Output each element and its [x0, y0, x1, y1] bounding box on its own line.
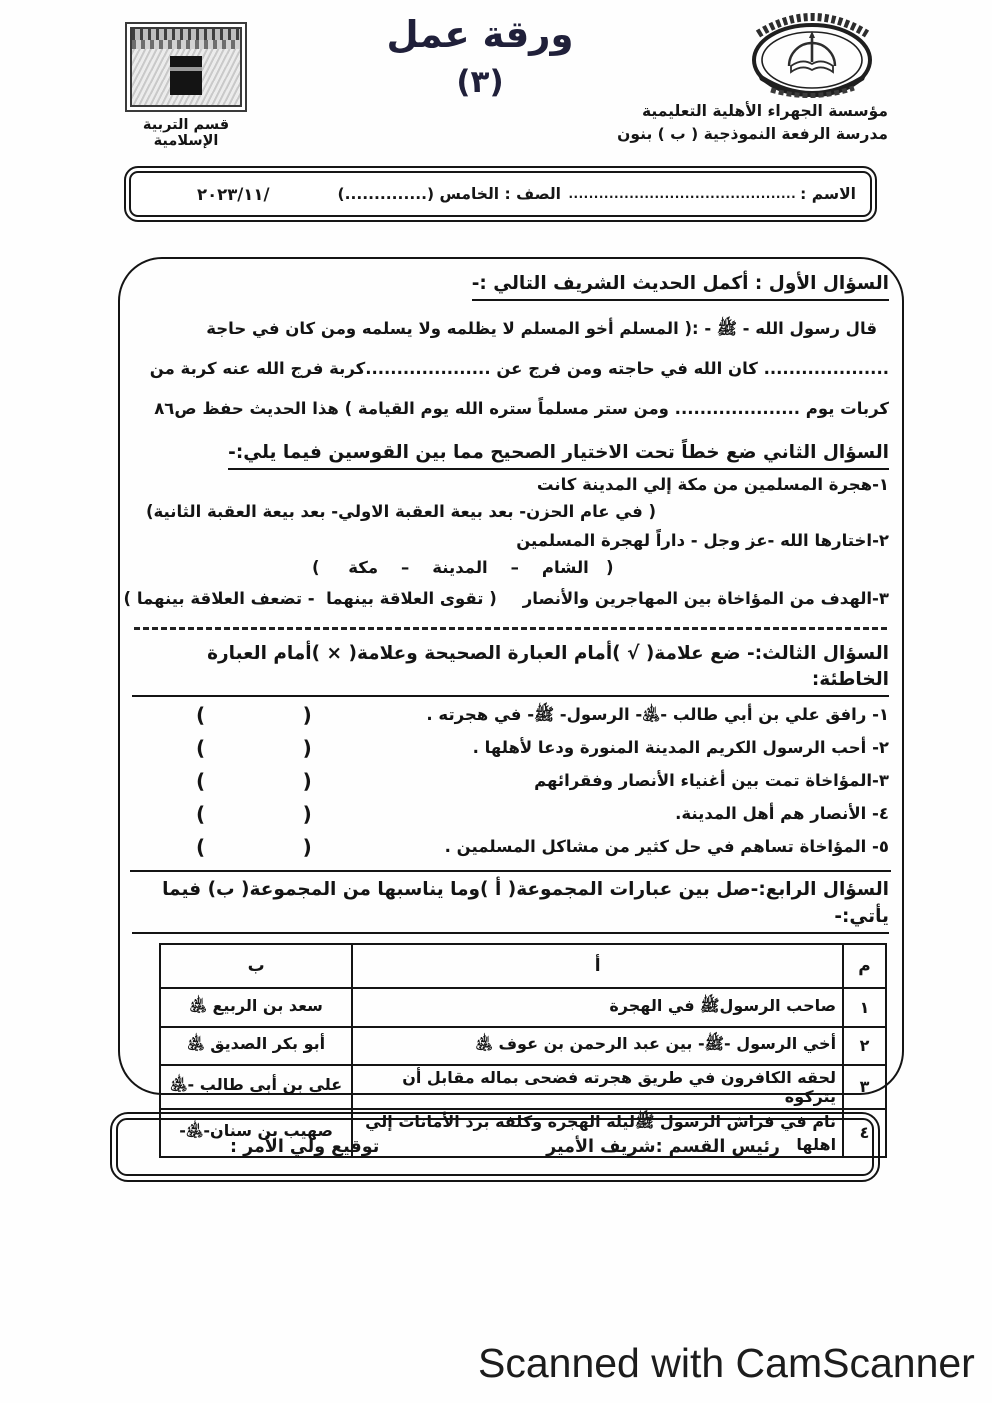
q2-item-3-row: ٣-الهدف من المؤاخاة بين المهاجرين والأنص… [132, 585, 889, 612]
kaaba-arcade-icon [132, 29, 240, 40]
q4-heading: السؤال الرابع:-صل بين عبارات المجموعة( أ… [132, 877, 889, 934]
date-value: ٢٠٢٣/١١/ [197, 185, 269, 204]
q3-statement-row: ١- رافق علي بن أبي طالب -﵁- الرسول- ﷺ- ف… [132, 700, 889, 730]
table-row: ٢ أخي الرسول -ﷺ- بين عبد الرحمن بن عوف ﵁… [160, 1027, 886, 1065]
q3-statement-row: ٢- أحب الرسول الكريم المدينة المنورة ودع… [132, 733, 889, 763]
camscanner-watermark: Scanned with CamScanner [478, 1340, 975, 1387]
row-b-text: علي بن أبي طالب -﵁ [160, 1065, 352, 1109]
row-b-text: سعد بن الربيع ﵁ [160, 988, 352, 1027]
col-header-b: ب [160, 944, 352, 988]
col-header-a: أ [352, 944, 843, 988]
q3-statement-row: ٥- المؤاخاة تساهم في حل كثير من مشاكل ال… [132, 832, 889, 862]
class-label: الصف : الخامس (..............) [337, 185, 561, 203]
q1-heading: السؤال الأول : أكمل الحديث الشريف التالي… [472, 271, 889, 301]
q3-statement-3: ٣-المؤاخاة تمت بين أغنياء الأنصار وفقرائ… [534, 771, 889, 790]
kaaba-arcade2-icon [132, 40, 240, 49]
student-info-box: الاسم : ................................… [124, 166, 877, 222]
row-a-text: لحقه الكافرون في طريق هجرته فضحى بماله م… [352, 1065, 843, 1109]
worksheet-body: السؤال الأول : أكمل الحديث الشريف التالي… [118, 257, 904, 1095]
row-b-text: أبو بكر الصديق ﵁ [160, 1027, 352, 1065]
row-num: ٣ [843, 1065, 886, 1109]
row-a-text: أخي الرسول -ﷺ- بين عبد الرحمن بن عوف ﵁ [352, 1027, 843, 1065]
guardian-signature-label: توقيع ولي الأمر : [230, 1137, 379, 1157]
q2-item-3: ٣-الهدف من المؤاخاة بين المهاجرين والأنص… [523, 589, 889, 608]
q4-top-rule [130, 870, 891, 872]
row-num: ١ [843, 988, 886, 1027]
table-header-row: م أ ب [160, 944, 886, 988]
worksheet-title-text: ورقة عمل [372, 14, 588, 57]
col-header-num: م [843, 944, 886, 988]
institution-name: مؤسسة الجهراء الأهلية التعليمية [560, 100, 890, 123]
scanned-worksheet-page: قسم التربية الإسلامية ورقة عمل (٣) مؤسسة… [0, 0, 992, 1403]
q4-heading-row: السؤال الرابع:-صل بين عبارات المجموعة( أ… [132, 877, 889, 934]
worksheet-title: ورقة عمل (٣) [372, 14, 588, 100]
department-stamp: قسم التربية الإسلامية [112, 22, 260, 149]
q3-statement-4: ٤- الأنصار هم أهل المدينة. [675, 804, 889, 823]
q3-statement-2: ٢- أحب الرسول الكريم المدينة المنورة ودع… [473, 738, 889, 757]
q3-heading-row: السؤال الثالث:- ضع علامة( √ )أمام العبار… [132, 641, 889, 698]
q2-item-2: ٢-اختارها الله -عز وجل - داراً لهجرة الم… [132, 528, 889, 554]
q3-statement-row: ٣-المؤاخاة تمت بين أغنياء الأنصار وفقرائ… [132, 766, 889, 796]
worksheet-number: (٣) [372, 65, 588, 101]
school-logo-icon [733, 0, 891, 104]
stamp-frame [125, 22, 247, 112]
q1-hadith-line3: كربات يوم .................... ومن ستر م… [132, 389, 889, 429]
q2-item-2-options: ( الشام – المدينة – مكة ) [312, 554, 889, 582]
dept-head-label: رئيس القسم :شريف الأمير [546, 1137, 780, 1157]
row-a-text: صاحب الرسولﷺ في الهجرة [352, 988, 843, 1027]
school-name: مدرسة الرفعة النموذجية ( ب ) بنون [560, 123, 890, 146]
name-label: الاسم : [800, 185, 856, 203]
kaaba-cube-icon [170, 56, 202, 95]
signature-row: رئيس القسم :شريف الأمير توقيع ولي الأمر … [116, 1118, 874, 1176]
q2-item-1: ١-هجرة المسلمين من مكة إلي المدينة كانت [132, 472, 889, 498]
name-blank-line: ........................................… [569, 187, 796, 201]
table-row: ١ صاحب الرسولﷺ في الهجرة سعد بن الربيع ﵁ [160, 988, 886, 1027]
signature-box: رئيس القسم :شريف الأمير توقيع ولي الأمر … [110, 1112, 880, 1182]
q3-heading: السؤال الثالث:- ضع علامة( √ )أمام العبار… [132, 641, 889, 698]
q2-item-3-options: ( تقوى العلاقة بينهما - تضعف العلاقة بين… [124, 589, 497, 608]
student-info-row: الاسم : ................................… [129, 171, 872, 217]
q2-heading-row: السؤال الثاني ضع خطاً تحت الاختيار الصحي… [132, 440, 889, 470]
dashed-divider [134, 627, 887, 630]
q3-answer-blank-4: ( ) [196, 799, 312, 829]
q1-heading-row: السؤال الأول : أكمل الحديث الشريف التالي… [132, 271, 889, 301]
q3-statement-1: ١- رافق علي بن أبي طالب -﵁- الرسول- ﷺ- ف… [426, 705, 889, 724]
q3-answer-blank-5: ( ) [196, 832, 312, 862]
q3-answer-blank-1: ( ) [196, 700, 312, 730]
row-num: ٢ [843, 1027, 886, 1065]
name-field-group: الاسم : ................................… [569, 185, 856, 203]
q3-answer-blank-2: ( ) [196, 733, 312, 763]
q3-statement-row: ٤- الأنصار هم أهل المدينة. ( ) [132, 799, 889, 829]
kaaba-band-icon [170, 67, 202, 71]
table-row: ٣ لحقه الكافرون في طريق هجرته فضحى بماله… [160, 1065, 886, 1109]
q3-answer-blank-3: ( ) [196, 766, 312, 796]
q2-item-1-options: ( في عام الحزن- بعد بيعة العقبة الاولي- … [146, 498, 889, 526]
q1-hadith-line2: .................... كان الله في حاجته و… [132, 349, 889, 389]
q3-statement-5: ٥- المؤاخاة تساهم في حل كثير من مشاكل ال… [445, 837, 889, 856]
q2-heading: السؤال الثاني ضع خطاً تحت الاختيار الصحي… [228, 440, 889, 470]
q1-hadith-line1: قال رسول الله - ﷺ - :( المسلم أخو المسلم… [132, 309, 889, 349]
school-name-block: مؤسسة الجهراء الأهلية التعليمية مدرسة ال… [560, 100, 890, 147]
stamp-caption: قسم التربية الإسلامية [112, 117, 260, 149]
kaaba-image [130, 27, 242, 107]
